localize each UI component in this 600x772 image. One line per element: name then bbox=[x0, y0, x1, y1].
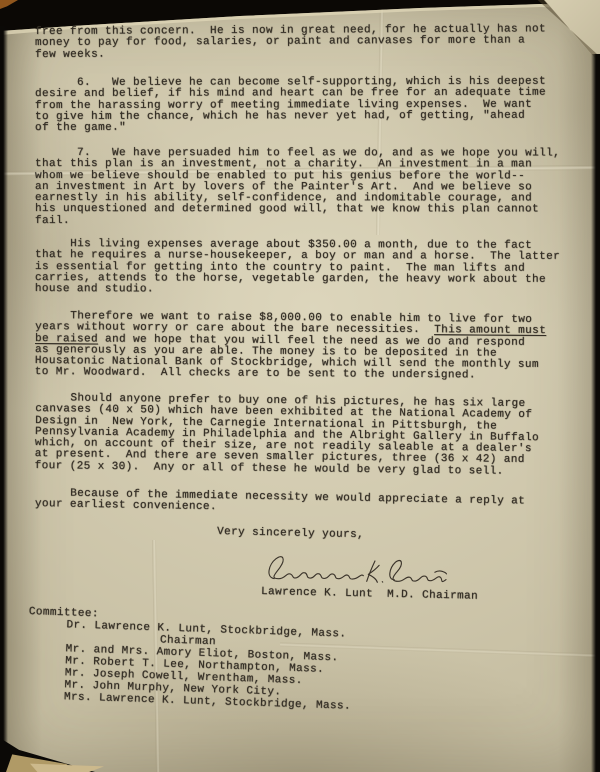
valediction: Very sincerely yours, bbox=[217, 527, 600, 547]
committee-block: Committee: Dr. Lawrence K. Lunt, Stockbr… bbox=[26, 606, 600, 721]
paragraph-living-expenses: His living expenses average about $350.0… bbox=[35, 239, 600, 297]
paragraph-text: and we hope that you will feel the need … bbox=[35, 333, 539, 382]
paragraph-pictures-for-sale: Should anyone prefer to buy one of his p… bbox=[35, 393, 600, 479]
paragraph-point-7: 7. We have persuaded him to feel as we d… bbox=[35, 148, 600, 228]
letter-content: free from this concern. He is now in gre… bbox=[0, 0, 600, 772]
paragraph-point-6: 6. We believe he can become self-support… bbox=[35, 76, 600, 134]
paragraph-reply-request: Because of the immediate necessity we wo… bbox=[35, 488, 600, 520]
paragraph-continuation: free from this concern. He is now in gre… bbox=[35, 24, 600, 61]
paragraph-fundraising-goal: Therefore we want to raise $8,000.00 to … bbox=[35, 311, 600, 383]
handwritten-signature bbox=[263, 550, 448, 591]
photo-background: free from this concern. He is now in gre… bbox=[0, 0, 600, 772]
